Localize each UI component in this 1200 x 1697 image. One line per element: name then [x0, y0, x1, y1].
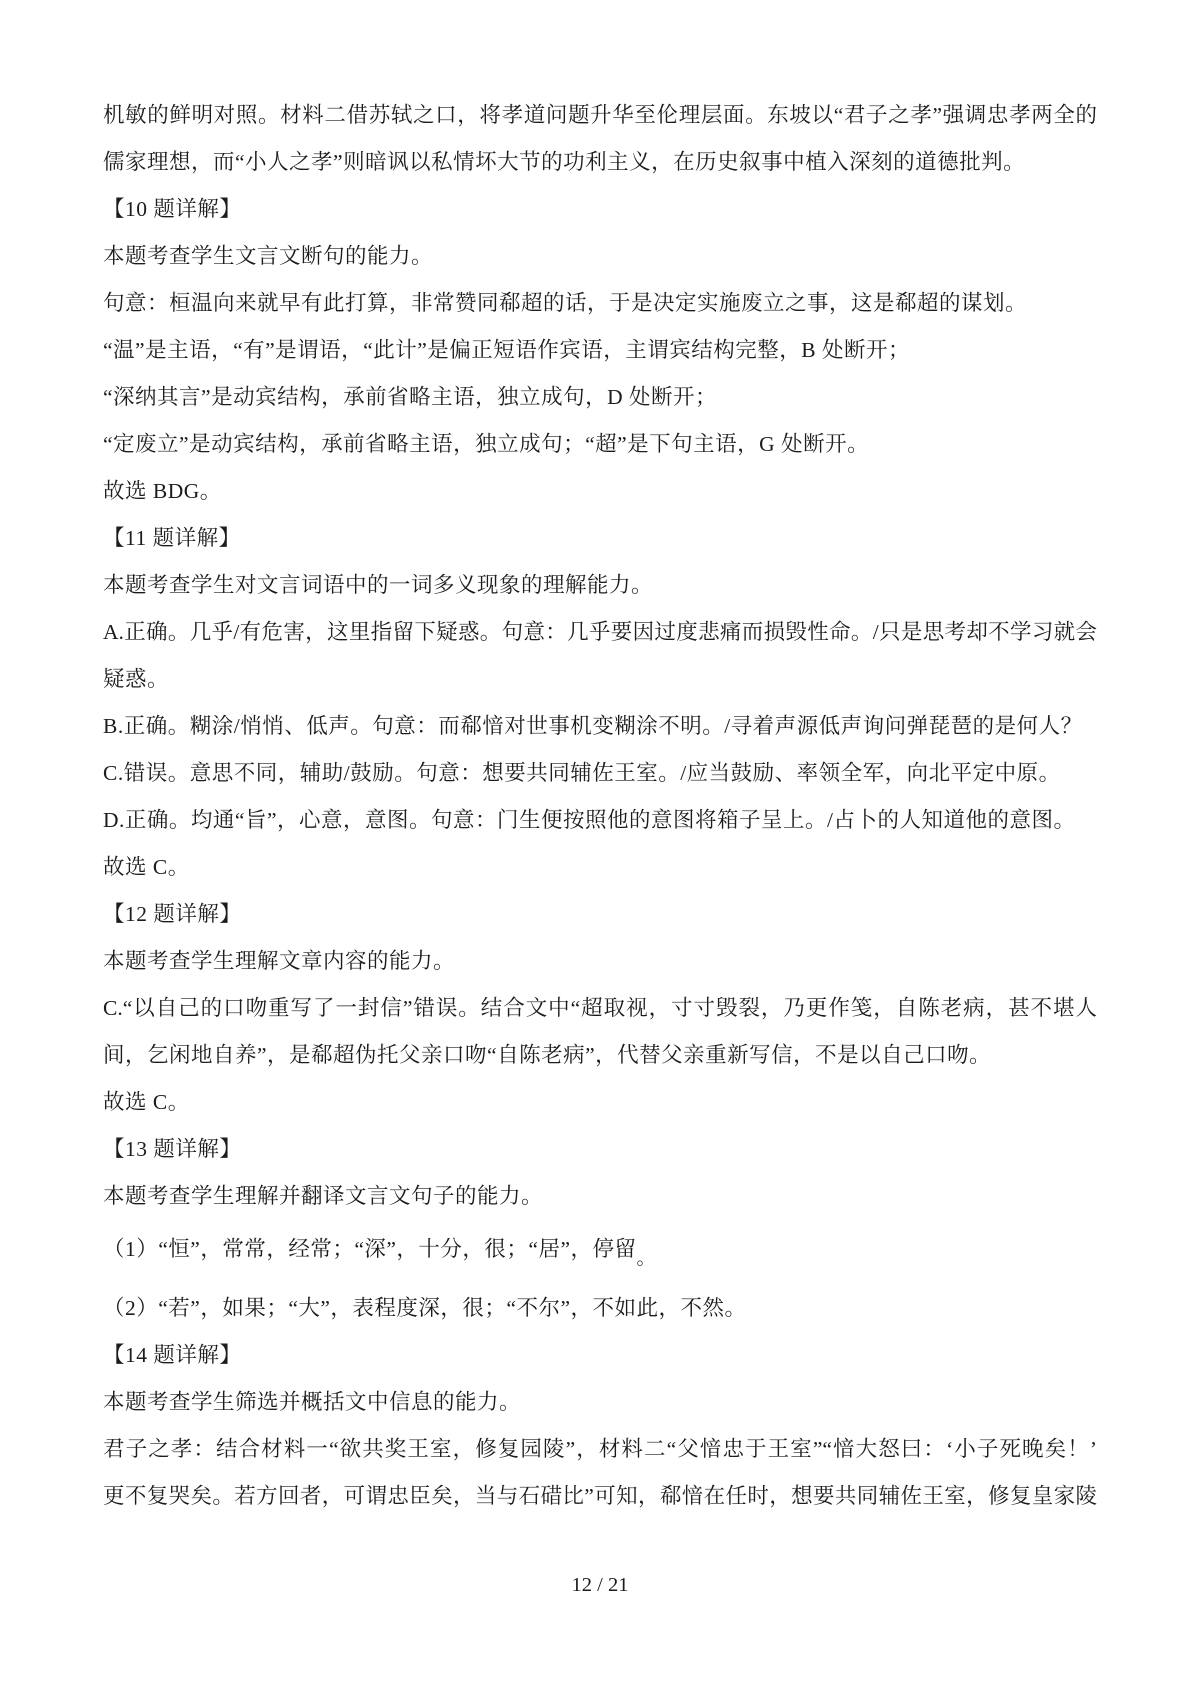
line-text: 本题考查学生对文言词语中的一词多义现象的理解能力。 [103, 573, 653, 597]
line-text: （1）“恒”，常常，经常；“深”，十分，很；“居”，停留 [103, 1237, 637, 1261]
line-text: 机敏的鲜明对照。材料二借苏轼之口，将孝道问题升华至伦理层面。东坡以“君子之孝”强… [103, 103, 1097, 127]
line-text: 疑惑。 [103, 667, 169, 691]
line-text: 故选 C。 [103, 1090, 190, 1114]
text-line: B.正确。糊涂/悄悄、低声。句意：而郗愔对世事机变糊涂不明。/寻着声源低声询问弹… [103, 703, 1097, 750]
text-line: 本题考查学生筛选并概括文中信息的能力。 [103, 1379, 1097, 1426]
text-line: 故选 C。 [103, 844, 1097, 891]
line-text: 本题考查学生筛选并概括文中信息的能力。 [103, 1390, 521, 1414]
line-text: 故选 C。 [103, 855, 190, 879]
text-line: “定废立”是动宾结构，承前省略主语，独立成句；“超”是下句主语，G 处断开。 [103, 421, 1097, 468]
line-text: C.“以自己的口吻重写了一封信”错误。结合文中“超取视，寸寸毁裂，乃更作笺，自陈… [103, 996, 1097, 1020]
text-line: 本题考查学生理解文章内容的能力。 [103, 938, 1097, 985]
line-text: “深纳其言”是动宾结构，承前省略主语，独立成句，D 处断开； [103, 385, 717, 409]
document-page: 机敏的鲜明对照。材料二借苏轼之口，将孝道问题升华至伦理层面。东坡以“君子之孝”强… [0, 0, 1200, 1697]
line-text: A.正确。几乎/有危害，这里指留下疑惑。句意：几乎要因过度悲痛而损毁性命。/只是… [103, 620, 1097, 644]
line-text: 本题考查学生理解并翻译文言文句子的能力。 [103, 1184, 543, 1208]
text-line: 本题考查学生对文言词语中的一词多义现象的理解能力。 [103, 562, 1097, 609]
line-text: D.正确。均通“旨”，心意，意图。句意：门生便按照他的意图将箱子呈上。/占卜的人… [103, 808, 1075, 832]
line-text: 间，乞闲地自养”，是郗超伪托父亲口吻“自陈老病”，代替父亲重新写信，不是以自己口… [103, 1043, 991, 1067]
line-text: 君子之孝：结合材料一“欲共奖王室，修复园陵”，材料二“父愔忠于王室”“愔大怒曰：… [103, 1437, 1097, 1461]
line-text: 【11 题详解】 [103, 526, 241, 550]
text-line: 君子之孝：结合材料一“欲共奖王室，修复园陵”，材料二“父愔忠于王室”“愔大怒曰：… [103, 1426, 1097, 1473]
line-text: B.正确。糊涂/悄悄、低声。句意：而郗愔对世事机变糊涂不明。/寻着声源低声询问弹… [103, 714, 1083, 738]
section-heading: 【10 题详解】 [103, 186, 1097, 233]
text-line: 间，乞闲地自养”，是郗超伪托父亲口吻“自陈老病”，代替父亲重新写信，不是以自己口… [103, 1032, 1097, 1079]
line-text: 句意：桓温向来就早有此打算，非常赞同郗超的话，于是决定实施废立之事，这是郗超的谋… [103, 291, 1027, 315]
line-text: 故选 BDG。 [103, 479, 222, 503]
text-line: D.正确。均通“旨”，心意，意图。句意：门生便按照他的意图将箱子呈上。/占卜的人… [103, 797, 1097, 844]
text-line: “深纳其言”是动宾结构，承前省略主语，独立成句，D 处断开； [103, 374, 1097, 421]
line-text: “定废立”是动宾结构，承前省略主语，独立成句；“超”是下句主语，G 处断开。 [103, 432, 869, 456]
text-line: A.正确。几乎/有危害，这里指留下疑惑。句意：几乎要因过度悲痛而损毁性命。/只是… [103, 609, 1097, 656]
section-heading: 【13 题详解】 [103, 1126, 1097, 1173]
text-line: 机敏的鲜明对照。材料二借苏轼之口，将孝道问题升华至伦理层面。东坡以“君子之孝”强… [103, 92, 1097, 139]
text-line: 本题考查学生文言文断句的能力。 [103, 233, 1097, 280]
line-text: （2）“若”，如果；“大”，表程度深，很；“不尔”，不如此，不然。 [103, 1296, 747, 1320]
text-line: 更不复哭矣。若方回者，可谓忠臣矣，当与石碏比”可知，郗愔在任时，想要共同辅佐王室… [103, 1473, 1097, 1520]
line-text: 【10 题详解】 [103, 197, 241, 221]
page-footer: 12 / 21 [0, 1570, 1200, 1600]
text-line: C.“以自己的口吻重写了一封信”错误。结合文中“超取视，寸寸毁裂，乃更作笺，自陈… [103, 985, 1097, 1032]
line-text: 【14 题详解】 [103, 1343, 241, 1367]
line-text: 儒家理想，而“小人之孝”则暗讽以私情坏大节的功利主义，在历史叙事中植入深刻的道德… [103, 150, 1025, 174]
line-text: 更不复哭矣。若方回者，可谓忠臣矣，当与石碏比”可知，郗愔在任时，想要共同辅佐王室… [103, 1484, 1097, 1508]
text-line: 故选 BDG。 [103, 468, 1097, 515]
section-heading: 【12 题详解】 [103, 891, 1097, 938]
text-line: （1）“恒”，常常，经常；“深”，十分，很；“居”，停留。 [103, 1226, 1097, 1274]
text-line: （2）“若”，如果；“大”，表程度深，很；“不尔”，不如此，不然。 [103, 1285, 1097, 1332]
text-line: “温”是主语，“有”是谓语，“此计”是偏正短语作宾语，主谓宾结构完整，B 处断开… [103, 327, 1097, 374]
line-text: 本题考查学生理解文章内容的能力。 [103, 949, 455, 973]
line-text: 【12 题详解】 [103, 902, 241, 926]
text-line: 故选 C。 [103, 1079, 1097, 1126]
subscript-period: 。 [637, 1235, 657, 1282]
text-line: 句意：桓温向来就早有此打算，非常赞同郗超的话，于是决定实施废立之事，这是郗超的谋… [103, 280, 1097, 327]
line-text: 【13 题详解】 [103, 1137, 241, 1161]
text-line: 儒家理想，而“小人之孝”则暗讽以私情坏大节的功利主义，在历史叙事中植入深刻的道德… [103, 139, 1097, 186]
text-line: 疑惑。 [103, 656, 1097, 703]
text-line: C.错误。意思不同，辅助/鼓励。句意：想要共同辅佐王室。/应当鼓励、率领全军，向… [103, 750, 1097, 797]
section-heading: 【14 题详解】 [103, 1332, 1097, 1379]
line-text: “温”是主语，“有”是谓语，“此计”是偏正短语作宾语，主谓宾结构完整，B 处断开… [103, 338, 910, 362]
line-text: C.错误。意思不同，辅助/鼓励。句意：想要共同辅佐王室。/应当鼓励、率领全军，向… [103, 761, 1061, 785]
page-number: 12 / 21 [572, 1574, 629, 1596]
text-line: 本题考查学生理解并翻译文言文句子的能力。 [103, 1173, 1097, 1220]
document-body: 机敏的鲜明对照。材料二借苏轼之口，将孝道问题升华至伦理层面。东坡以“君子之孝”强… [103, 92, 1097, 1520]
section-heading: 【11 题详解】 [103, 515, 1097, 562]
line-text: 本题考查学生文言文断句的能力。 [103, 244, 433, 268]
